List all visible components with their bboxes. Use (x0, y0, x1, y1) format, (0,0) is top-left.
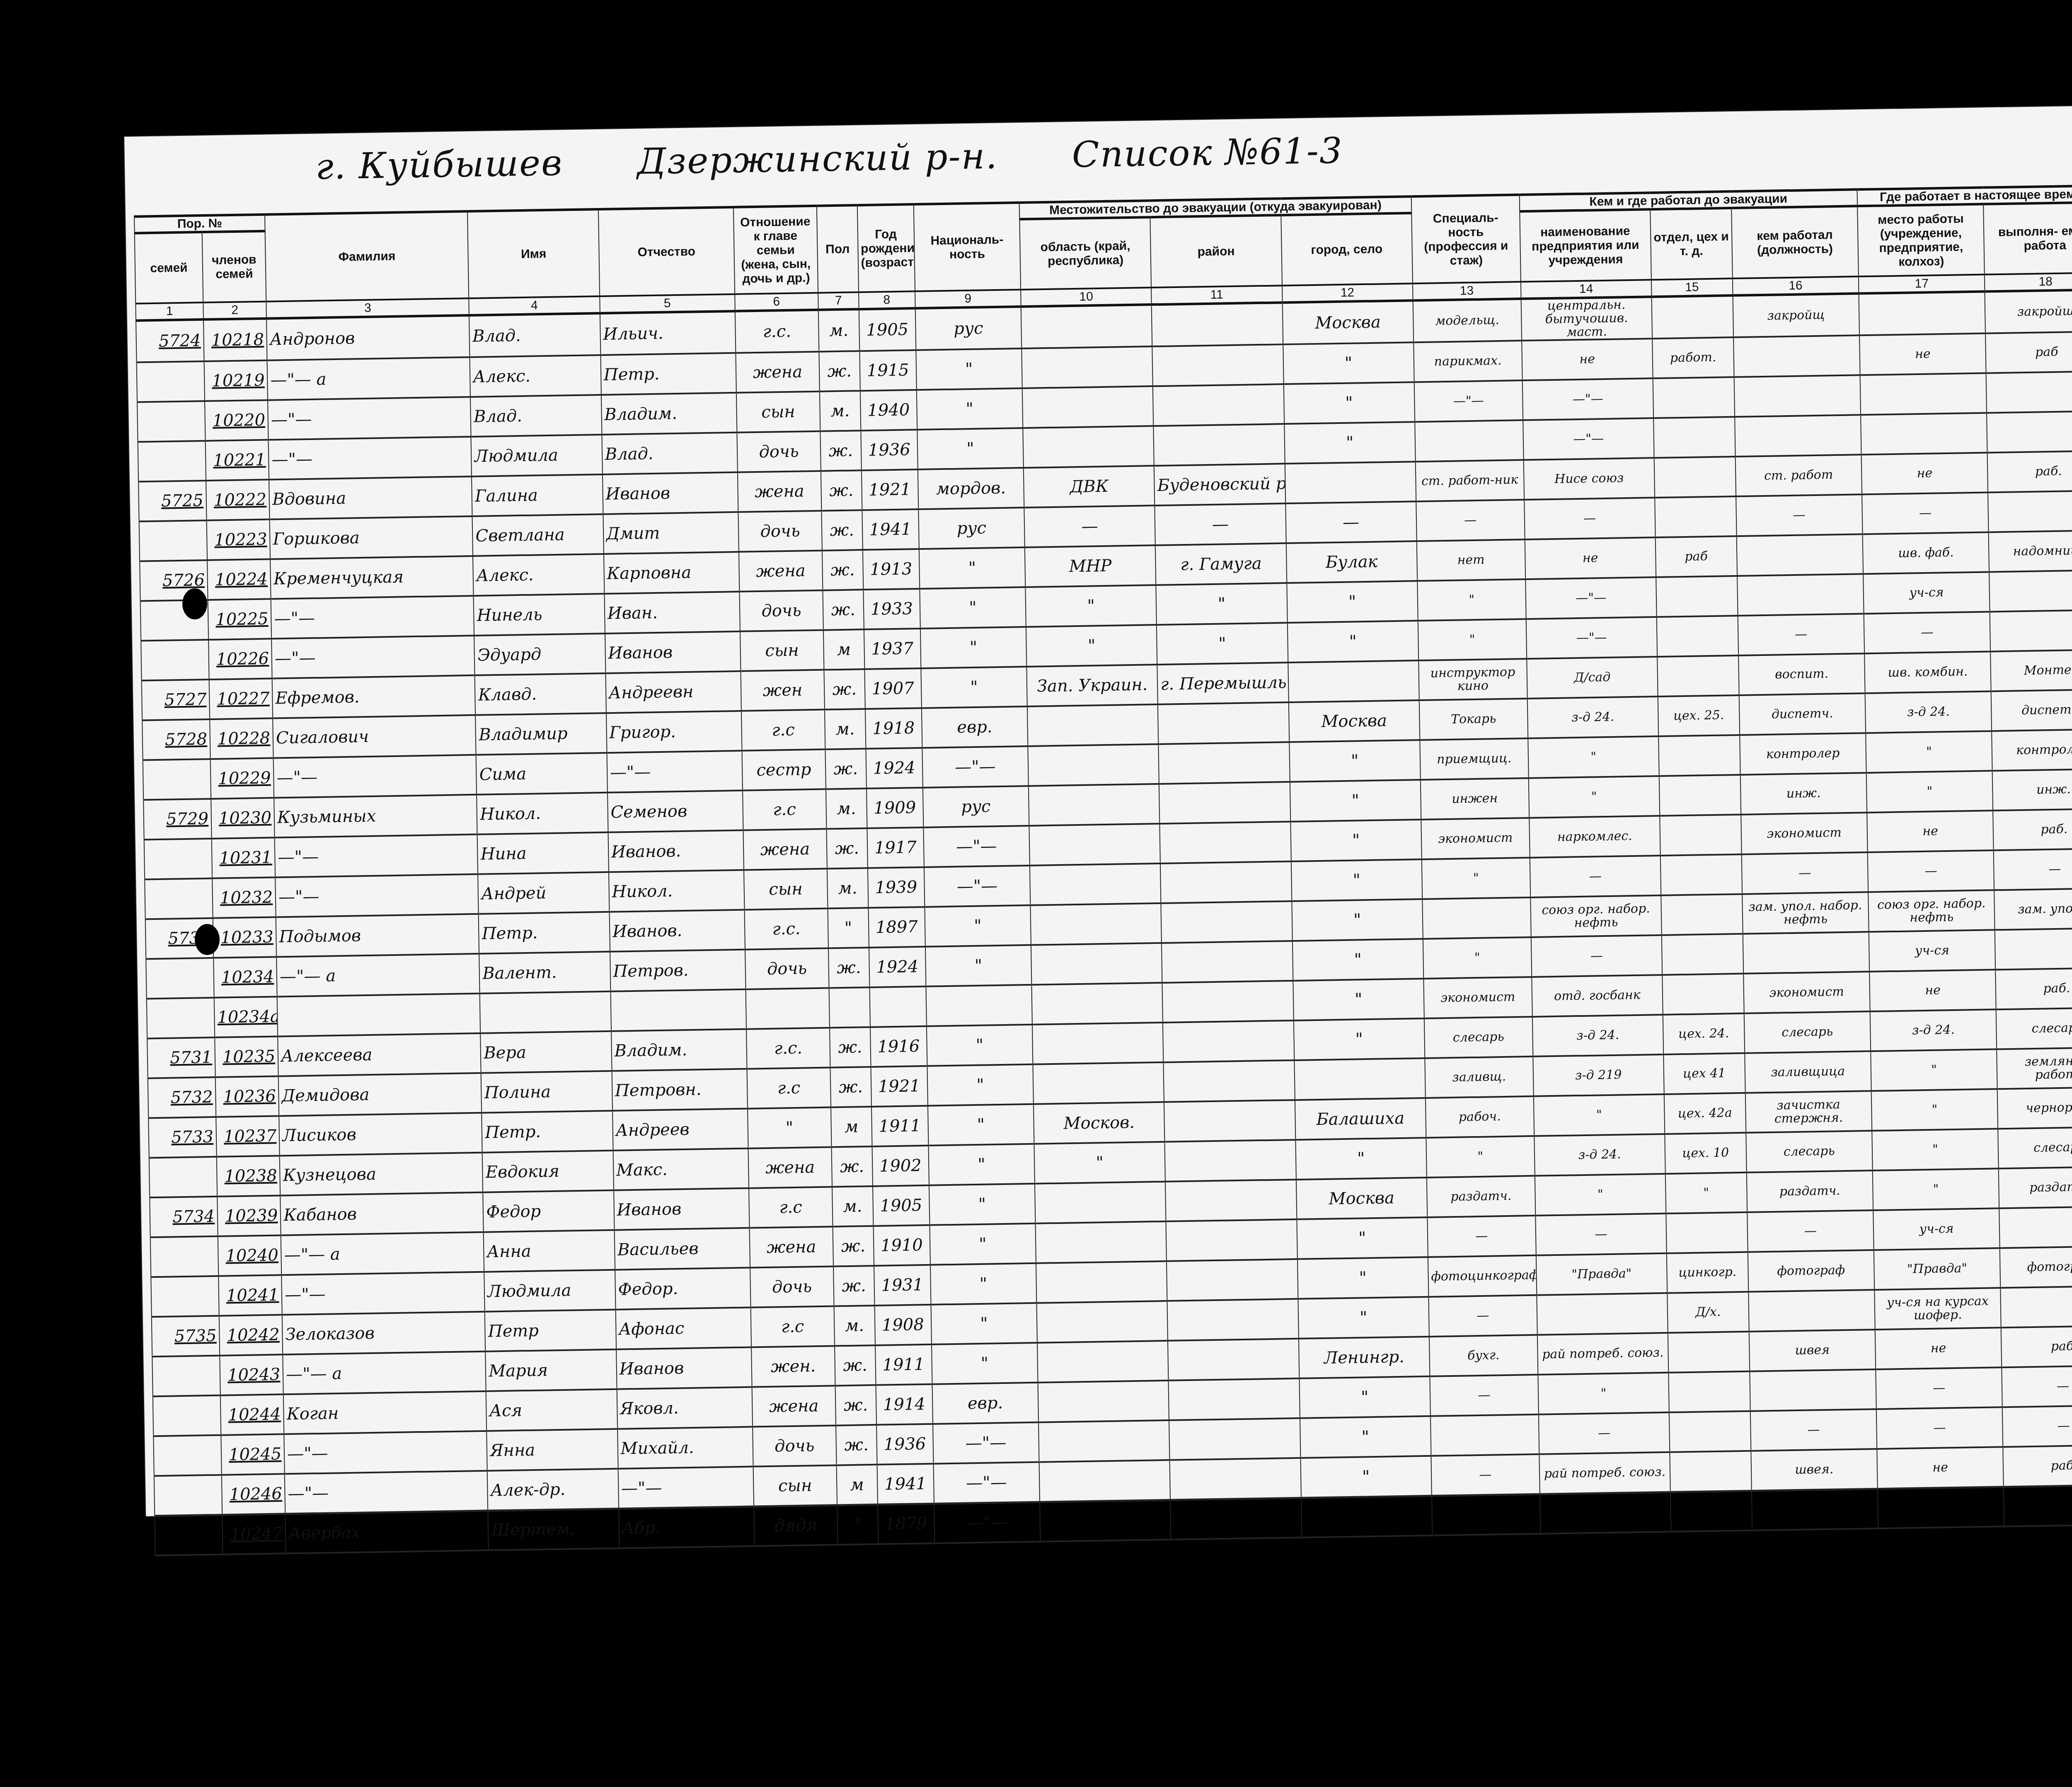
cell-col-16: экономист (1741, 812, 1868, 854)
cell-col-3 (277, 994, 481, 1037)
cell-col-16 (1750, 1369, 1876, 1411)
cell-col-17 (1861, 413, 1987, 455)
cell-col-2: 10224 (207, 559, 271, 600)
cell-col-12: " (1283, 342, 1414, 384)
cell-col-9: —"— (924, 866, 1031, 907)
cell-col-2: 10234 (213, 957, 277, 997)
cell-col-12: " (1300, 1456, 1432, 1498)
cell-col-7: ж. (835, 1345, 876, 1386)
cell-col-15: цинкогр. (1667, 1252, 1748, 1293)
header-birth-year: Год рождения (возраст) (857, 204, 915, 292)
cell-col-10 (1030, 863, 1161, 905)
cell-col-10 (1035, 1221, 1167, 1263)
cell-col-18 (1987, 411, 2072, 453)
cell-col-16: контролер (1740, 733, 1866, 775)
cell-col-6: жена (752, 1386, 836, 1427)
cell-col-7: м. (825, 709, 866, 750)
cell-col-11 (1164, 1060, 1295, 1102)
cell-col-5: Иванов (605, 631, 741, 673)
cell-col-14: — (1539, 1412, 1670, 1454)
cell-col-15: раб (1656, 536, 1737, 577)
cell-col-16: слесарь (1744, 1011, 1871, 1053)
cell-col-8: 1921 (871, 1066, 927, 1107)
cell-col-18: слесарь (1996, 1008, 2072, 1049)
cell-col-7: ж. (836, 1425, 877, 1465)
cell-col-6: г.с (743, 789, 827, 830)
cell-col-17: " (1871, 1049, 1997, 1091)
cell-col-8: 1941 (862, 509, 919, 550)
cell-col-1 (143, 759, 211, 800)
column-number: 17 (1859, 275, 1985, 294)
cell-col-4: Янна (487, 1429, 618, 1471)
cell-col-6: г.с (747, 1068, 831, 1109)
cell-col-3: —"— (268, 397, 471, 440)
cell-col-6: жена (748, 1147, 832, 1188)
cell-col-6: жена (739, 551, 823, 592)
cell-col-10 (1021, 305, 1152, 348)
cell-col-18: — (2002, 1366, 2072, 1407)
cell-col-6: жена (743, 829, 827, 870)
cell-col-10 (1035, 1182, 1166, 1224)
cell-col-9: " (927, 1025, 1033, 1066)
header-specialty: Специаль- ность (профессия и стаж) (1411, 195, 1520, 283)
cell-col-16: ст. работ (1735, 455, 1862, 496)
cell-col-1: 5731 (147, 1037, 215, 1078)
cell-col-5: —"— (618, 1467, 754, 1509)
cell-col-6: г.с (750, 1306, 835, 1347)
cell-col-16: — (1747, 1210, 1874, 1252)
cell-col-4: Федор (483, 1190, 615, 1232)
cell-col-17: " (1872, 1129, 1999, 1170)
cell-col-4: Людмила (471, 435, 603, 476)
cell-col-13: фотоцинкограф (1428, 1255, 1537, 1297)
cell-col-5: Иванов. (609, 910, 745, 952)
cell-col-9: евр. (921, 706, 1028, 748)
cell-col-16 (1733, 335, 1860, 377)
cell-col-12: " (1292, 939, 1423, 981)
cell-col-5: Дмит (603, 512, 739, 554)
cell-col-6: г.с. (744, 909, 828, 950)
cell-col-5: Иван. (604, 592, 740, 634)
column-number: 15 (1651, 278, 1733, 297)
cell-col-6: г.с (749, 1187, 833, 1228)
cell-col-4: Андрей (478, 872, 609, 914)
header-patronymic: Отчество (598, 207, 735, 296)
cell-col-2: 10240 (218, 1235, 282, 1276)
cell-col-7: ж. (824, 669, 865, 710)
cell-col-1 (146, 958, 214, 999)
cell-col-9: —"— (922, 746, 1029, 788)
cell-col-18 (2004, 1485, 2072, 1527)
cell-col-5: Петров. (610, 950, 746, 991)
cell-col-7: ж. (831, 1146, 872, 1187)
cell-col-2: 10223 (207, 520, 271, 560)
cell-col-17: з-д 24. (1865, 691, 1992, 733)
column-number: 1 (136, 302, 203, 321)
cell-col-12: " (1293, 979, 1424, 1020)
cell-col-3: Ефремов. (272, 675, 476, 718)
cell-col-14: — (1535, 1214, 1667, 1255)
cell-col-15: работ. (1652, 337, 1734, 378)
cell-col-17: " (1871, 1089, 1998, 1131)
cell-col-18: раб. (1995, 968, 2072, 1010)
header-job-now: выполня- емая работа (1983, 202, 2072, 275)
cell-col-4: Валент. (479, 952, 610, 994)
cell-col-7: м (831, 1107, 872, 1147)
cell-col-9: —"— (934, 1502, 1041, 1543)
cell-col-11 (1163, 1020, 1294, 1062)
cell-col-11 (1153, 384, 1284, 426)
cell-col-9: " (921, 667, 1027, 708)
cell-col-13 (1431, 1415, 1539, 1456)
punch-hole (182, 588, 207, 619)
header-por-no: Пор. № (134, 215, 265, 233)
cell-col-10: — (1024, 505, 1155, 547)
cell-col-10 (1023, 426, 1154, 468)
cell-col-1: 5735 (152, 1316, 220, 1357)
cell-col-2: 10245 (221, 1434, 285, 1475)
evacuee-register-table: Пор. № Фамилия Имя Отчество Отношение к … (134, 181, 2072, 1557)
header-relation: Отношение к главе семьи (жена, сын, дочь… (733, 206, 818, 294)
cell-col-3: Горшкова (270, 516, 473, 559)
cell-col-18: раб (1985, 331, 2072, 373)
cell-col-18 (1986, 371, 2072, 413)
cell-col-3: —"— (269, 437, 472, 480)
cell-col-17: уч-ся (1873, 1208, 2000, 1250)
cell-col-8: 1931 (874, 1265, 931, 1306)
cell-col-3: —"— (275, 874, 479, 917)
cell-col-3: —"— (281, 1272, 485, 1315)
cell-col-14: — (1530, 856, 1661, 897)
cell-col-1 (147, 998, 215, 1039)
cell-col-18: раб. (2003, 1445, 2072, 1487)
cell-col-11 (1154, 424, 1285, 466)
cell-col-17 (1860, 373, 1987, 415)
cell-col-10 (1040, 1500, 1171, 1542)
cell-col-12: " (1300, 1416, 1431, 1458)
cell-col-14: центральн. бытучошив. маст. (1521, 297, 1652, 341)
cell-col-12: Москва (1282, 300, 1414, 344)
cell-col-13 (1422, 897, 1531, 939)
cell-col-13: " (1422, 858, 1530, 899)
column-number: 9 (915, 290, 1021, 308)
cell-col-14: — (1531, 935, 1662, 977)
cell-col-9: " (925, 905, 1031, 947)
cell-col-15 (1655, 496, 1736, 537)
cell-col-5: Карповна (604, 552, 740, 594)
cell-col-16 (1737, 574, 1864, 616)
cell-col-2: 10229 (211, 758, 274, 799)
cell-col-4 (480, 991, 611, 1033)
cell-col-15 (1661, 894, 1743, 935)
cell-col-5: Владим. (601, 393, 737, 435)
cell-col-1: 5724 (136, 319, 204, 363)
document-title: г. Куйбышев Дзержинский р-н. Список №61-… (315, 129, 1405, 187)
cell-col-7: ж. (821, 470, 862, 511)
cell-col-4: Владимир (475, 713, 607, 755)
cell-col-12: Булак (1286, 541, 1417, 583)
cell-col-14: союз орг. набор. нефть (1530, 895, 1662, 937)
cell-col-13: приемщиц. (1420, 738, 1528, 780)
cell-col-16: воспит. (1738, 653, 1865, 695)
cell-col-7: ж. (822, 550, 863, 590)
cell-col-3: Сигалович (273, 715, 476, 758)
cell-col-8: 1918 (865, 708, 922, 749)
cell-col-14: з-д 24. (1532, 1015, 1663, 1057)
cell-col-11 (1165, 1140, 1296, 1182)
cell-col-10: ДВК (1024, 466, 1155, 508)
cell-col-13: бухг. (1429, 1335, 1538, 1376)
cell-col-8 (869, 987, 926, 1027)
cell-col-13: Токарь (1419, 699, 1528, 740)
cell-col-5 (610, 989, 746, 1031)
cell-col-18 (1990, 610, 2072, 652)
cell-col-18: — (1994, 849, 2072, 890)
cell-col-11: " (1156, 583, 1288, 625)
cell-col-2: 10219 (204, 360, 268, 401)
cell-col-17: союз орг. набор. нефть (1868, 890, 1995, 932)
cell-col-15: цех. 25. (1658, 695, 1740, 736)
cell-col-10 (1021, 346, 1153, 388)
cell-col-14: —"— (1522, 378, 1653, 420)
cell-col-12: " (1290, 820, 1422, 861)
cell-col-11 (1167, 1299, 1299, 1341)
cell-col-7: м. (827, 868, 868, 909)
cell-col-8: 1897 (868, 907, 925, 948)
cell-col-3: Кременчуцкая (270, 556, 474, 599)
cell-col-12: " (1287, 621, 1418, 663)
cell-col-7: ж. (830, 1067, 871, 1108)
cell-col-3: Коган (283, 1391, 487, 1434)
cell-col-10: " (1034, 1142, 1165, 1184)
cell-col-10 (1029, 824, 1160, 866)
cell-col-6: сын (740, 630, 824, 671)
cell-col-7: ж. (830, 1027, 871, 1068)
cell-col-2: 10238 (217, 1156, 281, 1196)
cell-col-7: ж. (826, 828, 867, 869)
cell-col-10: " (1026, 625, 1157, 667)
cell-col-10 (1029, 784, 1160, 826)
cell-col-1 (150, 1236, 219, 1277)
cell-col-5: Андреев (612, 1109, 748, 1151)
cell-col-16: швея. (1751, 1449, 1878, 1491)
cell-col-11: г. Перемышль (1157, 663, 1289, 704)
cell-col-17: не (1877, 1447, 2004, 1489)
cell-col-14 (1537, 1293, 1668, 1335)
cell-col-6: жена (738, 471, 822, 512)
cell-col-1 (152, 1356, 220, 1397)
header-family-no: семей (135, 232, 203, 304)
cell-col-6: сын (744, 869, 828, 910)
cell-col-12: — (1285, 501, 1417, 543)
cell-col-3: —"— (284, 1431, 487, 1474)
cell-col-14: рай потреб. союз. (1537, 1333, 1669, 1375)
cell-col-10 (1033, 1062, 1164, 1104)
cell-col-6: сын (753, 1465, 837, 1506)
cell-col-4: Эдуард (474, 634, 605, 675)
cell-col-14: "Правда" (1536, 1253, 1668, 1295)
cell-col-3: —"— (271, 596, 474, 639)
cell-col-16 (1734, 375, 1861, 417)
cell-col-15 (1653, 377, 1735, 418)
cell-col-1 (144, 839, 213, 880)
cell-col-9: рус (915, 307, 1021, 350)
cell-col-12: " (1283, 382, 1415, 424)
cell-col-6: г.с. (746, 1028, 830, 1069)
cell-col-13: заливщ. (1425, 1057, 1533, 1098)
cell-col-14: —"— (1523, 418, 1654, 460)
cell-col-1 (155, 1515, 223, 1556)
cell-col-9: рус (922, 786, 1029, 827)
cell-col-5: Владим. (611, 1029, 747, 1071)
cell-col-5: Иванов. (608, 830, 744, 872)
cell-col-2: 10234а (214, 996, 278, 1037)
cell-col-16: зачистка стержня. (1745, 1091, 1872, 1133)
cell-col-7: м. (818, 309, 859, 352)
cell-col-15 (1661, 854, 1742, 895)
cell-col-14: отд. госбанк (1532, 975, 1663, 1017)
cell-col-18: зам. уполн. (1994, 888, 2072, 930)
cell-col-9: " (932, 1343, 1038, 1384)
cell-col-12: " (1290, 780, 1421, 822)
cell-col-16: заливщица (1745, 1051, 1871, 1093)
cell-col-7: ж. (825, 749, 866, 789)
column-number: 10 (1021, 288, 1152, 307)
title-district: Дзержинский р-н. (637, 135, 998, 183)
cell-col-9: " (920, 587, 1026, 629)
cell-col-5: Иванов (616, 1347, 752, 1389)
cell-col-8: 1908 (874, 1305, 931, 1345)
cell-col-10 (1031, 943, 1162, 985)
cell-col-17: " (1866, 731, 1992, 773)
cell-col-4: Нина (477, 832, 609, 874)
cell-col-7: ж. (820, 430, 861, 471)
cell-col-13: слесарь (1424, 1017, 1533, 1058)
cell-col-11 (1170, 1458, 1301, 1500)
cell-col-4: Петр. (479, 912, 610, 954)
cell-col-18: раздатч. (1999, 1167, 2072, 1209)
cell-col-1: 5725 (138, 481, 207, 522)
cell-col-3: —"— (274, 755, 477, 798)
cell-col-1: 5729 (143, 799, 212, 840)
cell-col-10 (1027, 704, 1159, 746)
cell-col-17: — (1868, 850, 1995, 892)
cell-col-11 (1159, 742, 1290, 784)
cell-col-17 (1878, 1487, 2004, 1528)
cell-col-8: 1916 (870, 1026, 927, 1067)
cell-col-12: " (1284, 422, 1416, 464)
cell-col-4: Ася (486, 1389, 617, 1431)
cell-col-18 (1989, 570, 2072, 612)
cell-col-12: " (1293, 1018, 1425, 1060)
cell-col-13: —"— (1414, 380, 1523, 422)
cell-col-13: нет (1417, 539, 1525, 581)
cell-col-17: не (1859, 334, 1986, 375)
cell-col-14: —"— (1525, 577, 1657, 619)
cell-col-4: Светлана (472, 514, 604, 556)
column-number: 5 (600, 294, 735, 313)
cell-col-18: контролер (1992, 729, 2072, 771)
cell-col-13: — (1430, 1375, 1538, 1416)
cell-col-12: " (1299, 1376, 1431, 1418)
cell-col-14: — (1524, 498, 1656, 539)
cell-col-1 (137, 401, 206, 442)
cell-col-11 (1164, 1100, 1295, 1142)
header-district: район (1150, 215, 1282, 288)
cell-col-15 (1659, 775, 1741, 816)
cell-col-2: 10244 (220, 1394, 284, 1435)
cell-col-3: —"— (275, 834, 478, 878)
cell-col-11 (1158, 702, 1289, 744)
column-number: 7 (818, 292, 859, 310)
cell-col-4: Галина (472, 474, 603, 516)
cell-col-14: Д/сад (1527, 657, 1658, 699)
cell-col-7: " (828, 908, 869, 948)
column-number: 13 (1413, 282, 1521, 300)
cell-col-5: Федор. (615, 1268, 751, 1310)
cell-col-7: ж. (823, 590, 864, 630)
cell-col-18 (1995, 928, 2072, 970)
cell-col-10 (1030, 903, 1162, 945)
cell-col-16 (1743, 932, 1869, 974)
cell-col-10 (1038, 1381, 1169, 1422)
cell-col-7: ж. (833, 1226, 874, 1267)
cell-col-13: парикмах. (1414, 341, 1522, 382)
cell-col-5: Григор. (606, 711, 742, 753)
cell-col-8: 1911 (871, 1106, 928, 1146)
cell-col-3: Лисиков (279, 1113, 482, 1156)
cell-col-3: —"— а (276, 954, 480, 997)
cell-col-17: — (1876, 1367, 2002, 1409)
cell-col-15 (1662, 974, 1744, 1015)
cell-col-14: " (1538, 1373, 1669, 1415)
cell-col-17: не (1867, 810, 1994, 852)
cell-col-14: —"— (1526, 617, 1657, 659)
cell-col-9: " (916, 348, 1022, 390)
cell-col-11: " (1157, 623, 1288, 665)
cell-col-8: 1915 (859, 350, 916, 391)
cell-col-1: 5728 (142, 719, 211, 760)
cell-col-17: " (1873, 1168, 1999, 1210)
column-number: 14 (1521, 280, 1652, 299)
cell-col-5: Петровн. (612, 1069, 748, 1111)
cell-col-17: уч-ся (1863, 572, 1990, 614)
cell-col-17 (1859, 292, 1985, 336)
cell-col-2: 10236 (215, 1076, 279, 1117)
cell-col-2: 10237 (216, 1116, 280, 1156)
cell-col-13: " (1418, 619, 1527, 660)
column-number: 4 (469, 296, 600, 315)
cell-col-11 (1160, 861, 1292, 903)
cell-col-8: 1910 (873, 1225, 930, 1266)
cell-col-15: цех. 10 (1665, 1133, 1746, 1174)
cell-col-9: евр. (932, 1383, 1038, 1424)
cell-col-1 (149, 1157, 218, 1198)
cell-col-16: слесарь (1746, 1131, 1873, 1173)
cell-col-10 (1032, 1023, 1164, 1064)
cell-col-4: Мария (486, 1349, 617, 1391)
cell-col-9: " (927, 1064, 1034, 1106)
cell-col-3: Подымов (276, 914, 479, 957)
cell-col-18: раб. (1993, 809, 2072, 851)
cell-col-18 (2001, 1286, 2072, 1328)
cell-col-18: закройщ (1985, 290, 2072, 334)
cell-col-18: инж. (1992, 769, 2072, 811)
cell-col-13: инструктор кино (1418, 659, 1527, 700)
cell-col-6: г.с. (735, 310, 819, 353)
cell-col-4: Нинель (474, 594, 605, 636)
cell-col-10 (1022, 386, 1154, 428)
